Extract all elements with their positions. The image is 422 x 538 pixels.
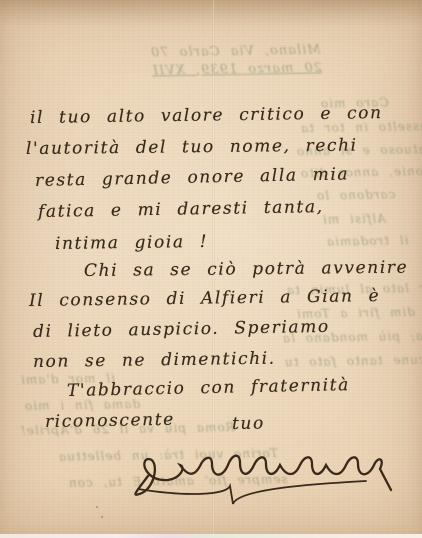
letter-line: intima gioia !: [55, 232, 208, 254]
letter-page: Milano, Via Carlo 7020 marzo 1939, XVIIC…: [0, 0, 422, 538]
letter-line: l'autorità del tuo nome, rechi: [26, 136, 358, 159]
bleedthrough-line: cardono lo: [316, 187, 396, 202]
signature: [126, 436, 406, 510]
ink-speck: [96, 506, 98, 508]
letter-line: non se ne dimentichi.: [33, 349, 276, 372]
bleedthrough-line: il trodamia: [326, 233, 409, 248]
signature-underline: [138, 481, 366, 504]
ink-speck: [101, 516, 103, 518]
signature-loops: [135, 456, 391, 495]
letter-line: fatica e mi daresti tanta,: [38, 197, 324, 222]
bleedthrough-line: Alfisi mi: [322, 211, 386, 226]
letter-line: resta grande onore alla mia: [35, 164, 350, 191]
letter-line: tuo: [232, 413, 265, 434]
bleedthrough-line: Milano, Via Carlo 70: [150, 43, 321, 61]
scan-edge: [0, 534, 422, 538]
letter-line: riconoscente: [45, 410, 175, 432]
bleedthrough-line: cune tanto fato tu: [284, 353, 422, 369]
bleedthrough-line: 20 marzo 1939, XVII: [152, 61, 322, 79]
letter-line: Chi sa se ciò potrà avvenire !: [84, 257, 422, 281]
paper-top-shading: [0, 0, 422, 26]
